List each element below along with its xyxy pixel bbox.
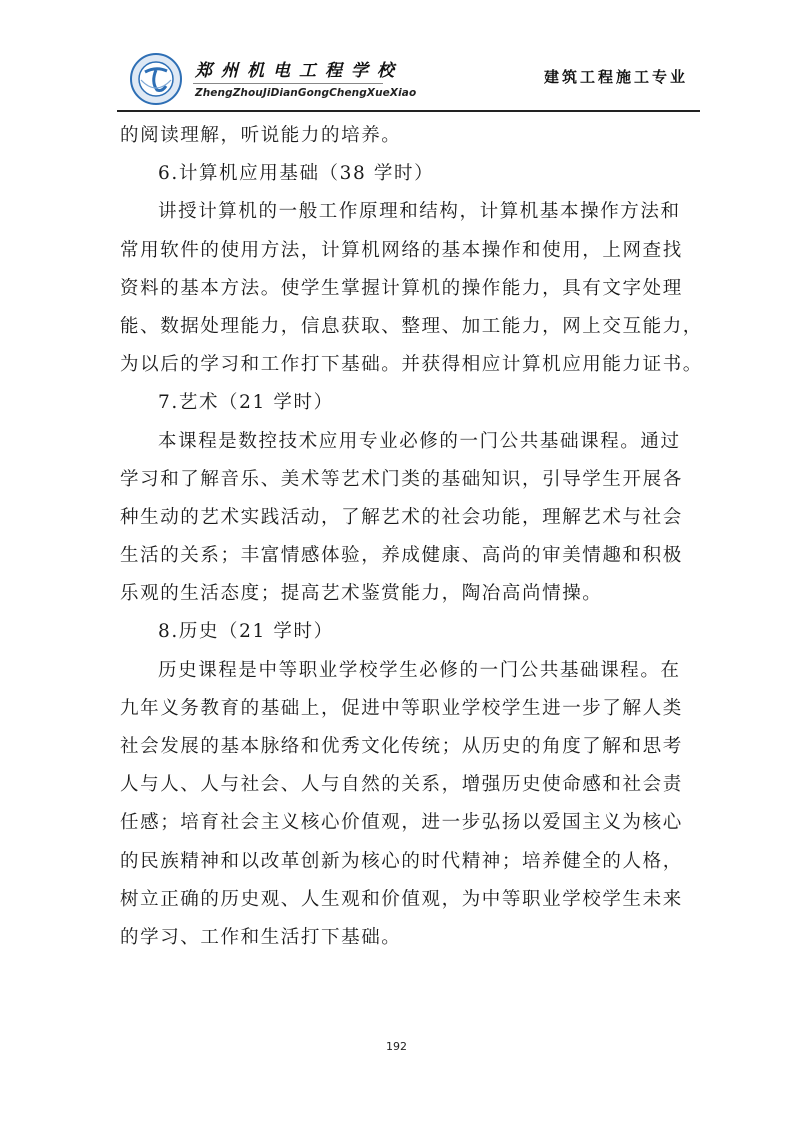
major-title: 建筑工程施工专业	[544, 66, 688, 87]
text-line: 资料的基本方法。使学生掌握计算机的操作能力，具有文字处理	[120, 270, 695, 308]
school-name-underline	[193, 83, 383, 84]
text-line: 本课程是数控技术应用专业必修的一门公共基础课程。通过	[120, 423, 695, 461]
section-heading: 6.计算机应用基础（38 学时）	[120, 155, 695, 193]
page-header: 郑州机电工程学校 ZhengZhouJiDianGongChengXueXiao…	[117, 44, 700, 110]
text-line: 任感；培育社会主义核心价值观，进一步弘扬以爱国主义为核心	[120, 804, 695, 842]
text-line: 能、数据处理能力，信息获取、整理、加工能力，网上交互能力，	[120, 308, 695, 346]
text-line: 为以后的学习和工作打下基础。并获得相应计算机应用能力证书。	[120, 346, 695, 384]
text-line: 的阅读理解，听说能力的培养。	[120, 117, 695, 155]
text-line: 常用软件的使用方法，计算机网络的基本操作和使用，上网查找	[120, 232, 695, 270]
text-line: 九年义务教育的基础上，促进中等职业学校学生进一步了解人类	[120, 690, 695, 728]
document-body: 的阅读理解，听说能力的培养。6.计算机应用基础（38 学时）讲授计算机的一般工作…	[120, 117, 695, 957]
text-line: 种生动的艺术实践活动，了解艺术的社会功能，理解艺术与社会	[120, 499, 695, 537]
text-line: 生活的关系；丰富情感体验，养成健康、高尚的审美情趣和积极	[120, 537, 695, 575]
text-line: 社会发展的基本脉络和优秀文化传统；从历史的角度了解和思考	[120, 728, 695, 766]
header-rule	[117, 110, 700, 112]
school-name-en: ZhengZhouJiDianGongChengXueXiao	[195, 87, 416, 99]
text-line: 树立正确的历史观、人生观和价值观，为中等职业学校学生未来	[120, 881, 695, 919]
text-line: 讲授计算机的一般工作原理和结构，计算机基本操作方法和	[120, 193, 695, 231]
text-line: 乐观的生活态度；提高艺术鉴赏能力，陶冶高尚情操。	[120, 575, 695, 613]
section-heading: 7.艺术（21 学时）	[120, 384, 695, 422]
text-line: 的学习、工作和生活打下基础。	[120, 919, 695, 957]
school-emblem-icon	[129, 52, 183, 106]
section-heading: 8.历史（21 学时）	[120, 613, 695, 651]
text-line: 人与人、人与社会、人与自然的关系，增强历史使命感和社会责	[120, 766, 695, 804]
school-name-cn: 郑州机电工程学校	[195, 56, 403, 81]
text-line: 的民族精神和以改革创新为核心的时代精神；培养健全的人格，	[120, 843, 695, 881]
text-line: 历史课程是中等职业学校学生必修的一门公共基础课程。在	[120, 652, 695, 690]
page-number: 192	[0, 1040, 793, 1053]
text-line: 学习和了解音乐、美术等艺术门类的基础知识，引导学生开展各	[120, 461, 695, 499]
